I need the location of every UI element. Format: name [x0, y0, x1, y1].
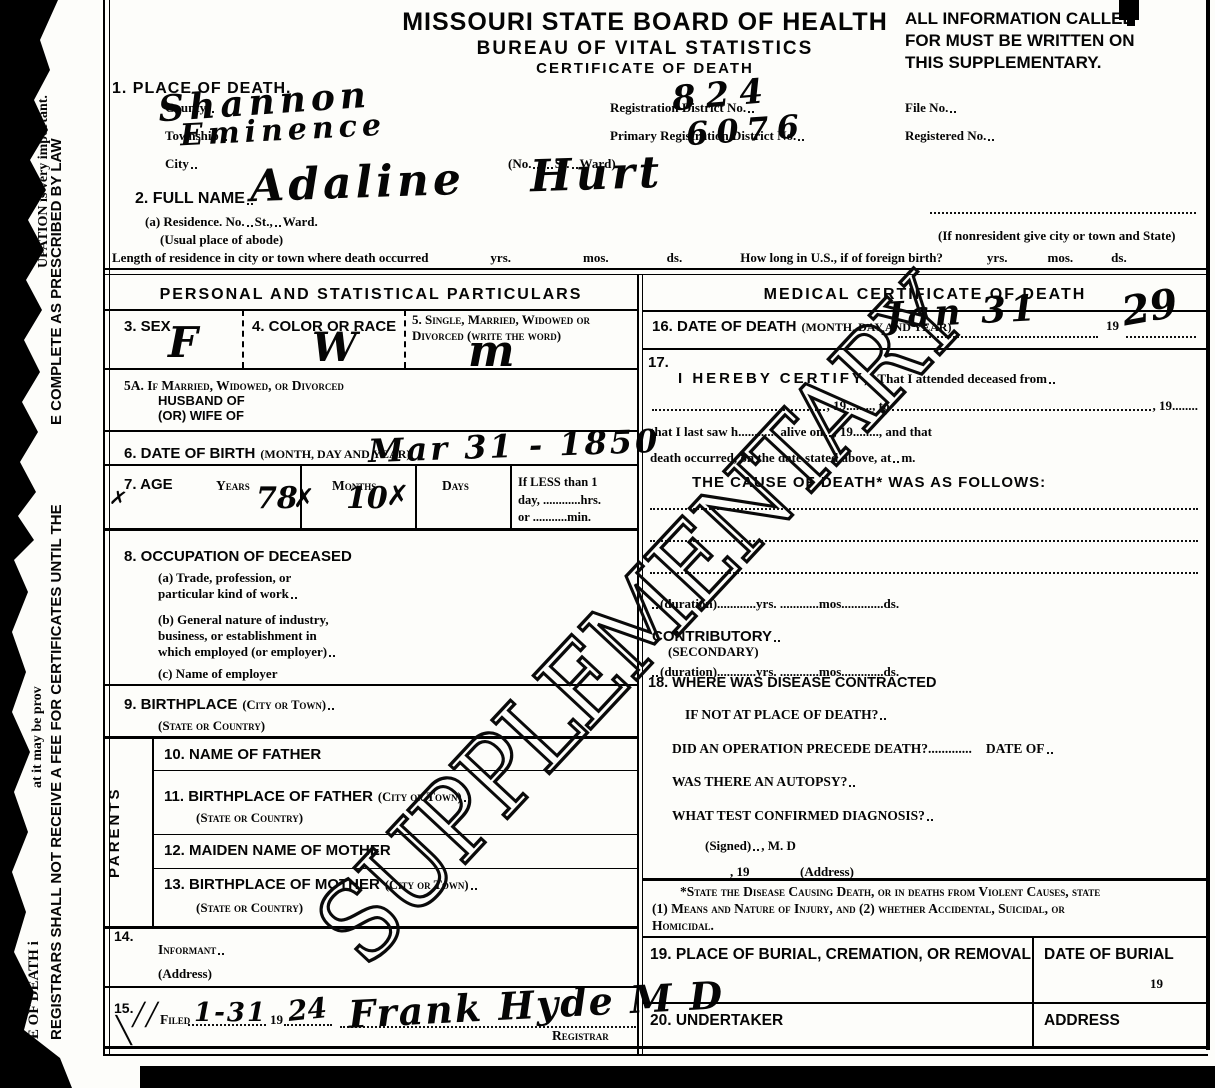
residence-label: (a) Residence. No. [145, 214, 245, 230]
footnote-block: *State the Disease Causing Death, or in … [652, 884, 1200, 935]
dotted-leader [892, 407, 1151, 411]
mos-label: mos. [1048, 250, 1074, 266]
md-label: , M. D [761, 838, 796, 854]
married-5a-label: 5A. If Married, Widowed, or Divorced [124, 378, 344, 394]
date-of-death-19: 19 [1106, 318, 1119, 334]
item-15-number: 15. [114, 1000, 133, 1016]
rule [404, 310, 406, 368]
dotted-leader [328, 706, 334, 710]
less-line-3: or ...........min. [518, 509, 636, 527]
margin-note-prov: at it may be prov [30, 550, 46, 788]
margin-note-registrars-fee: REGISTRARS SHALL NOT RECEIVE A FEE FOR C… [48, 426, 64, 1040]
item-18-label: 18. WHERE WAS DISEASE CONTRACTED [648, 675, 936, 691]
sex-label: 3. SEX [124, 318, 171, 335]
dotted-leader [275, 223, 281, 227]
signed-label: (Signed) [705, 838, 751, 854]
rule [643, 936, 1206, 938]
husband-of-label: HUSBAND OF [158, 393, 245, 408]
to-19b: , 19........ [1153, 398, 1199, 414]
length-label: Length of residence in city or town wher… [112, 250, 428, 266]
less-line-2: day, ............hrs. [518, 492, 636, 510]
file-no-label: File No. [905, 100, 948, 116]
father-state-label: (State or Country) [196, 810, 303, 826]
scan-artifact-bottom-bar [140, 1066, 1215, 1088]
residence-row: (a) Residence. No.St.,Ward. [145, 214, 690, 230]
filed-year-value: 24 [287, 994, 329, 1026]
dotted-leader [218, 951, 224, 955]
residence-st-label: St., [255, 214, 273, 230]
date-of-label: DATE OF [986, 741, 1045, 757]
form-title: MISSOURI STATE BOARD OF HEALTH [395, 8, 895, 37]
burial-date-label: DATE OF BURIAL [1044, 946, 1174, 964]
margin-note-physicians: HYSICIANS should stat [14, 66, 30, 266]
nonresident-line [930, 212, 1196, 214]
contributory-row: CONTRIBUTORY [652, 628, 1198, 645]
filed-date-value: 1-31 [194, 1000, 267, 1026]
signed-row: (Signed), M. D [705, 838, 1198, 854]
primary-registration-value: 6076 [685, 110, 808, 150]
rule [103, 1046, 1208, 1049]
abode-note: (Usual place of abode) [160, 232, 283, 248]
occupation-label: 8. OCCUPATION OF DECEASED [124, 548, 352, 565]
dotted-leader [247, 223, 253, 227]
birthplace-paren: (City or Town) [242, 698, 326, 713]
township-value-handwritten: Eminence [179, 111, 386, 152]
age-years-label: Years [216, 478, 250, 494]
age-months-mark: ✗ [386, 482, 409, 510]
occupation-b1: (b) General nature of industry, [158, 612, 329, 628]
rule [1206, 0, 1210, 1050]
rule [104, 464, 637, 466]
less-line-1: If LESS than 1 [518, 474, 636, 492]
occupation-a1: (a) Trade, profession, or [158, 570, 291, 586]
death-certificate-scan: HYSICIANS should stat UPATION is very im… [0, 0, 1215, 1088]
father-name-label: 10. NAME OF FATHER [164, 746, 321, 763]
rule [103, 268, 1208, 270]
burial-19-printed: 19 [1150, 976, 1163, 992]
footnote-line-2: (1) Means and Nature of Injury, and (2) … [652, 901, 1200, 918]
registrar-label: Registrar [552, 1028, 609, 1044]
yrs-label: yrs. [490, 250, 511, 266]
birthplace-state-label: (State or Country) [158, 718, 265, 734]
dotted-leader [880, 716, 886, 720]
occupation-c: (c) Name of employer [158, 666, 277, 682]
age-margin-mark: ✗ [108, 486, 129, 509]
rule [300, 464, 302, 528]
autopsy-row: WAS THERE AN AUTOPSY? [672, 774, 1198, 790]
burial-place-label: 19. PLACE OF BURIAL, CREMATION, OR REMOV… [650, 946, 1031, 964]
occupation-b3: which employed (or employer) [158, 644, 327, 660]
footnote-line-3: Homicidal. [652, 918, 1200, 935]
full-name-label: 2. FULL NAME [135, 190, 245, 208]
margin-note-nb: N. B.—Every item [6, 922, 22, 1080]
item-17-number: 17. [648, 354, 669, 371]
m-label: m. [901, 450, 915, 466]
footnote-line-1: *State the Disease Causing Death, or in … [652, 884, 1200, 901]
dotted-leader [950, 109, 956, 113]
registered-no-label: Registered No. [905, 128, 986, 144]
margin-note-cause: CAUSE OF DEATH i [26, 862, 42, 1080]
informant-label: Informant [158, 942, 216, 958]
not-at-place-row: IF NOT AT PLACE OF DEATH? [685, 707, 1198, 723]
ds-label: ds. [667, 250, 683, 266]
less-than-one-day-block: If LESS than 1 day, ............hrs. or … [518, 474, 636, 527]
dotted-leader [1047, 750, 1053, 754]
rule [103, 274, 1208, 275]
scan-artifact-speck [1127, 20, 1135, 26]
mos-label: mos. [583, 250, 609, 266]
rule [152, 736, 154, 928]
test-row: WHAT TEST CONFIRMED DIAGNOSIS? [672, 808, 1198, 824]
rule [104, 986, 637, 988]
undertaker-address-label: ADDRESS [1044, 1012, 1120, 1030]
dob-label: 6. DATE OF BIRTH [124, 445, 255, 462]
occupation-a2-row: particular kind of work [158, 586, 636, 602]
form-bureau: BUREAU OF VITAL STATISTICS [395, 38, 895, 60]
yrs-label: yrs. [987, 250, 1008, 266]
dotted-leader [1049, 380, 1055, 384]
operation-label: DID AN OPERATION PRECEDE DEATH?.........… [672, 741, 972, 757]
form-certificate: CERTIFICATE OF DEATH [395, 60, 895, 77]
paper: HYSICIANS should stat UPATION is very im… [0, 0, 1215, 1088]
date-of-death-label: 16. DATE OF DEATH [652, 318, 796, 335]
sex-value-handwritten: F [168, 322, 198, 364]
autopsy-label: WAS THERE AN AUTOPSY? [672, 774, 847, 790]
informant-address-label: (Address) [158, 966, 212, 982]
wife-of-label: (OR) WIFE OF [158, 408, 244, 423]
item-14-number: 14. [114, 928, 133, 944]
file-no-row: File No. [905, 100, 1157, 116]
occupation-b2: business, or establishment in [158, 628, 317, 644]
residence-ward-label: Ward. [283, 214, 318, 230]
age-months-value: 10 [346, 484, 388, 514]
filed-stroke-mark: ╲ [116, 1018, 132, 1044]
rule [104, 528, 637, 531]
birthplace-label: 9. BIRTHPLACE [124, 696, 237, 713]
city-label: City [165, 156, 189, 172]
dotted-leader [893, 459, 899, 463]
dotted-leader [927, 817, 933, 821]
age-years-mark: ✗ [293, 486, 315, 512]
filed-check-marks: ╱╱ [132, 1004, 159, 1026]
filed-label: Filed [160, 1012, 190, 1028]
rule [104, 430, 637, 432]
operation-row: DID AN OPERATION PRECEDE DEATH?.........… [672, 741, 1198, 757]
nonresident-note: (If nonresident give city or town and St… [938, 228, 1176, 244]
date-of-death-year-line [1126, 336, 1196, 338]
dotted-leader [329, 653, 335, 657]
mother-state-label: (State or Country) [196, 900, 303, 916]
dotted-leader [291, 595, 297, 599]
ds-label: ds. [1111, 250, 1127, 266]
length-residence-row: Length of residence in city or town wher… [112, 250, 1198, 266]
undertaker-label: 20. UNDERTAKER [650, 1012, 783, 1030]
filed-19-printed: 19 [270, 1012, 283, 1028]
rule [103, 1054, 1208, 1056]
age-years-value: 78 [256, 484, 298, 514]
age-days-label: Days [442, 478, 469, 494]
registered-no-row: Registered No. [905, 128, 1157, 144]
margin-note-complete-law: E COMPLETE AS PRESCRIBED BY LAW [48, 53, 64, 425]
howlong-label: How long in U.S., if of foreign birth? [740, 250, 943, 266]
date-of-death-year-value: 29 [1119, 283, 1181, 332]
rule [643, 878, 1206, 881]
not-at-place-label: IF NOT AT PLACE OF DEATH? [685, 707, 878, 723]
rule [1032, 936, 1034, 1048]
dotted-leader [191, 165, 197, 169]
dotted-leader [988, 137, 994, 141]
dotted-leader [753, 847, 759, 851]
rule [643, 1002, 1206, 1004]
rule [415, 464, 417, 528]
occupation-a2: particular kind of work [158, 586, 289, 602]
rule [242, 310, 244, 368]
rule [104, 368, 637, 370]
dotted-leader [849, 783, 855, 787]
dotted-leader [774, 638, 780, 642]
age-label: 7. AGE [124, 476, 173, 493]
father-birthplace-label: 11. BIRTHPLACE OF FATHER [164, 788, 373, 805]
rule [510, 464, 512, 528]
race-value-handwritten: W [312, 328, 357, 368]
scan-artifact-corner-blob [1119, 0, 1139, 20]
test-label: WHAT TEST CONFIRMED DIAGNOSIS? [672, 808, 925, 824]
marital-label: 5. Single, Married, Widowed or Divorced … [412, 312, 632, 345]
personal-particulars-title: PERSONAL AND STATISTICAL PARTICULARS [104, 286, 638, 304]
rule [104, 309, 637, 311]
